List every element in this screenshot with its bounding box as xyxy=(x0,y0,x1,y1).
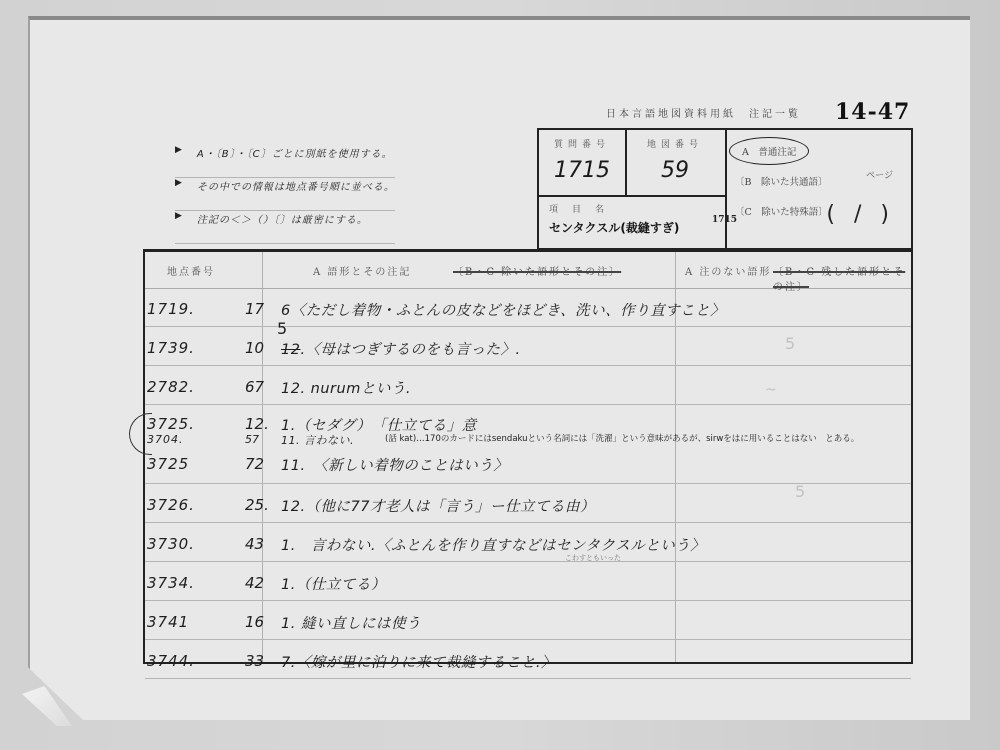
struck-code: 12 xyxy=(281,342,300,358)
sub-entry: 3704.5711. 言わない.(話 kat)…170のカードにはsendaku… xyxy=(145,421,911,441)
note-type-list: A 普通注記 〔B 除いた共通語〕 〔C 除いた特殊語〕 xyxy=(735,144,828,234)
instruction-item: ▶その中での情報は地点番号順に並べる。 xyxy=(175,178,395,211)
location-number: 3725 xyxy=(147,455,189,473)
form-title: 日本言語地図資料用紙 注記一覧 xyxy=(606,105,801,120)
page-label: ページ xyxy=(866,168,893,181)
location-number: 3726. xyxy=(147,496,195,514)
note-text: 12.（他に77才老人は「言う」ー仕立てる由） xyxy=(281,495,595,516)
note-type-c: 〔C 除いた特殊語〕 xyxy=(735,204,828,234)
note-text: 1. 言わない.〈ふとんを作り直すなどはセンタクスルという〉 xyxy=(281,534,705,555)
instructions: ▶A・〔B〕・〔C〕ごとに別紙を使用する。 ▶その中での情報は地点番号順に並べる… xyxy=(175,145,395,244)
location-number: 1719. xyxy=(147,300,195,318)
header-forms-notes-struck: 〔B・C 除いた語形とその注〕 xyxy=(453,263,621,278)
instruction-item: ▶注記の＜＞（）〔〕は厳密にする。 xyxy=(175,211,395,244)
table-row: 3734.421.（仕立てる） xyxy=(145,562,911,601)
triangle-bullet-icon: ▶ xyxy=(175,178,183,188)
header-no-note: A 注のない語形 xyxy=(685,263,771,278)
note-text: 7.〈嫁が里に泊りに来て裁縫すること.〉 xyxy=(281,651,556,672)
table-row: 3744.337.〈嫁が里に泊りに来て裁縫すること.〉 xyxy=(145,640,911,679)
table-row: 1719.176〈ただし着物・ふとんの皮などをほどき、洗い、作り直すこと〉 xyxy=(145,288,911,327)
sub-number: 17 xyxy=(245,300,264,318)
note-text: 12. nurumという. xyxy=(281,377,411,398)
sub-number: 33 xyxy=(245,652,264,670)
circled-selection: A 普通注記 xyxy=(729,137,809,165)
triangle-bullet-icon: ▶ xyxy=(175,211,183,221)
question-number-value: 1715 xyxy=(539,158,625,183)
sub-number: 25. xyxy=(245,496,269,514)
note-text: 6〈ただし着物・ふとんの皮などをほどき、洗い、作り直すこと〉 xyxy=(281,299,725,320)
table-row: 2782.6712. nurumという. xyxy=(145,366,911,405)
table-row: 1739.10512.〈母はつぎするのをも言った〉. xyxy=(145,327,911,366)
correction-number: 5 xyxy=(277,319,287,338)
location-number: 3730. xyxy=(147,535,195,553)
note-type-a: A 普通注記 xyxy=(735,144,828,174)
item-name-value: センタクスル(裁縫すぎ) xyxy=(549,219,725,236)
question-number-cell: 質問番号 1715 xyxy=(539,130,627,197)
map-number-value: 59 xyxy=(625,158,725,183)
note-text: 1.（仕立てる） xyxy=(281,573,386,594)
table-row: 3730.431. 言わない.〈ふとんを作り直すなどはセンタクスルという〉こわす… xyxy=(145,523,911,562)
instruction-item: ▶A・〔B〕・〔C〕ごとに別紙を使用する。 xyxy=(175,145,395,178)
map-number-cell: 地図番号 59 xyxy=(625,130,727,197)
page-number: ( / ) xyxy=(826,202,895,227)
header-forms-notes: A 語形とその注記 xyxy=(313,263,411,278)
table-row: 3725.12.1.（セダグ） 「仕立てる」意3704.5711. 言わない.(… xyxy=(145,405,911,484)
header-location: 地点番号 xyxy=(167,263,215,278)
faint-mark: ~ xyxy=(765,382,777,398)
location-number: 1739. xyxy=(147,339,195,357)
triangle-bullet-icon: ▶ xyxy=(175,145,183,155)
notes-table: 地点番号 A 語形とその注記 〔B・C 除いた語形とその注〕 A 注のない語形 … xyxy=(143,249,913,664)
note-text: 12.〈母はつぎするのをも言った〉. xyxy=(281,338,521,359)
sub-number: 16 xyxy=(245,613,264,631)
note-text: 1. 縫い直しには使う xyxy=(281,612,421,633)
sub-number: 10 xyxy=(245,339,264,357)
note-type-b: 〔B 除いた共通語〕 xyxy=(735,174,828,204)
item-name-cell: 項目名 センタクスル(裁縫すぎ) xyxy=(539,195,727,250)
sub-number: 72 xyxy=(245,455,264,473)
stamp-number: 1715 xyxy=(712,215,737,225)
sheet-number: 14-47 xyxy=(835,99,910,125)
meta-box: 質問番号 1715 地図番号 59 項目名 センタクスル(裁縫すぎ) 1715 … xyxy=(537,128,913,250)
sub-number: 42 xyxy=(245,574,264,592)
faint-mark: 5 xyxy=(795,482,805,501)
location-number: 3734. xyxy=(147,574,195,592)
faint-mark: 5 xyxy=(785,334,795,353)
sub-entry: 37257211. 〈新しい着物のことはいう〉 xyxy=(145,443,911,473)
sub-number: 43 xyxy=(245,535,264,553)
location-number: 3741 xyxy=(147,613,189,631)
location-number: 3744. xyxy=(147,652,195,670)
table-row: 3741161. 縫い直しには使う xyxy=(145,601,911,640)
sub-number: 67 xyxy=(245,378,264,396)
table-header: 地点番号 A 語形とその注記 〔B・C 除いた語形とその注〕 A 注のない語形 … xyxy=(145,252,911,289)
location-number: 2782. xyxy=(147,378,195,396)
note-text: 11. 〈新しい着物のことはいう〉 xyxy=(281,454,508,475)
